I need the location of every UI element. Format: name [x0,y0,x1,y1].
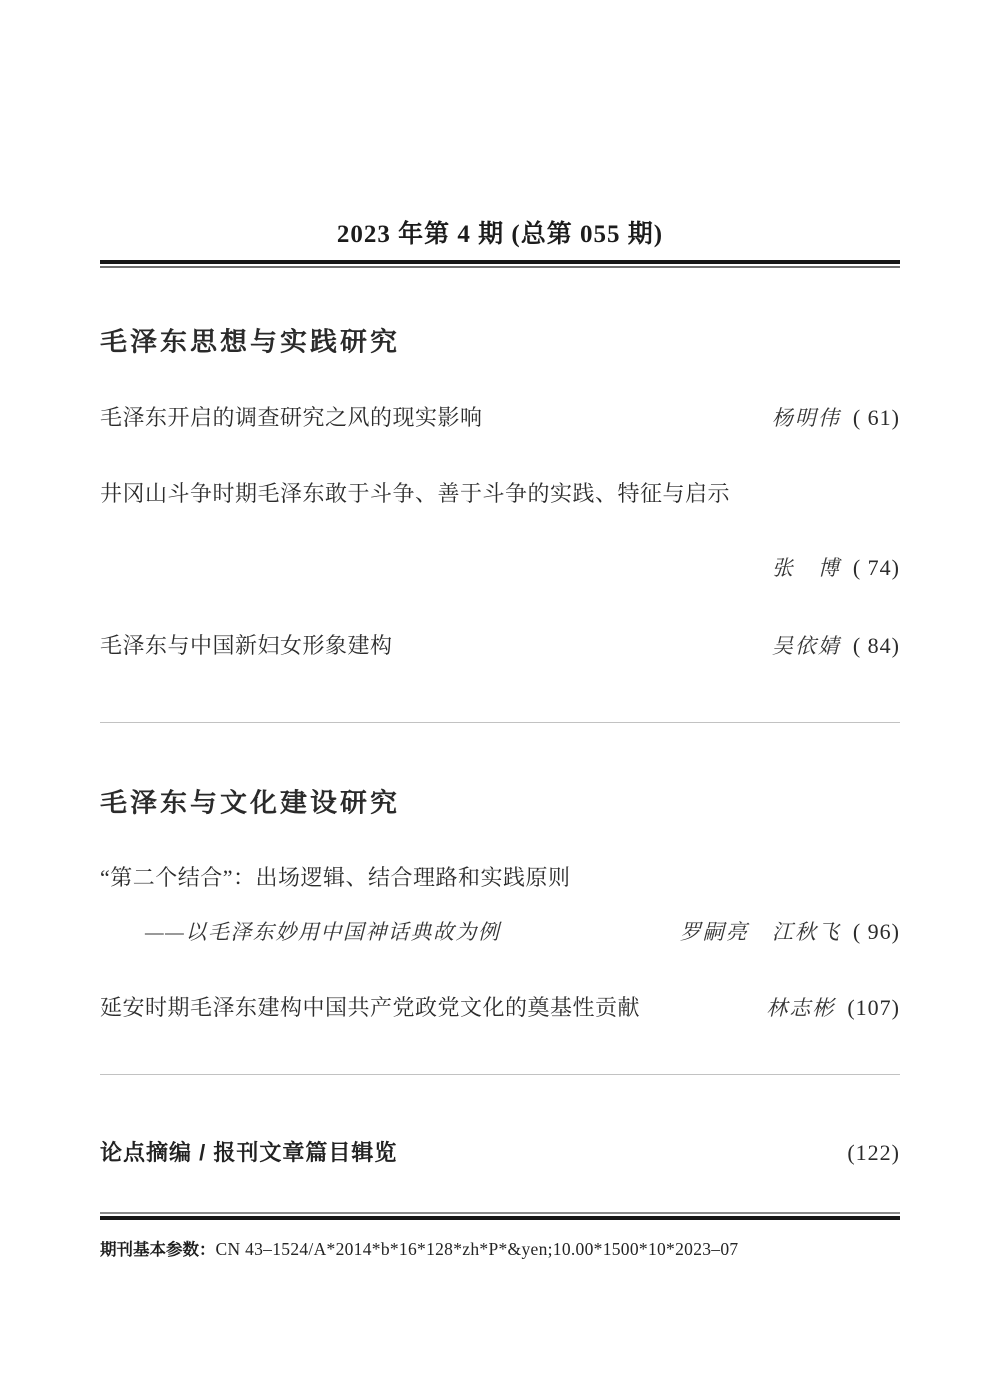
toc-entry-4-subtitle-line: ——以毛泽东妙用中国神话典故为例 罗嗣亮 江秋飞( 96) [100,916,900,946]
journal-parameters-line: 期刊基本参数：CN 43–1524/A*2014*b*16*128*zh*P*&… [100,1236,900,1260]
article-authors: 吴依婧 [772,634,841,658]
journal-parameters-value: CN 43–1524/A*2014*b*16*128*zh*P*&yen;10.… [216,1239,739,1259]
page-number: ( 74) [853,555,900,580]
page-number: (107) [847,995,900,1020]
article-title: “第二个结合”：出场逻辑、结合理路和实践原则 [100,861,571,892]
digest-title: 论点摘编 / 报刊文章篇目辑览 [100,1136,397,1167]
article-subtitle: ——以毛泽东妙用中国神话典故为例 [100,916,500,946]
page-number: ( 61) [853,405,900,430]
entry-right-group: 罗嗣亮 江秋飞( 96) [680,916,900,946]
toc-entry-4-title-line: “第二个结合”：出场逻辑、结合理路和实践原则 [100,861,900,892]
journal-parameters-label: 期刊基本参数： [100,1241,216,1259]
entry-right-group: 张 博( 74) [772,552,900,582]
toc-entry-5: 延安时期毛泽东建构中国共产党政党文化的奠基性贡献 林志彬(107) [100,991,900,1022]
entry-right-group: 吴依婧( 84) [772,630,900,660]
double-rule-bottom [100,1212,900,1220]
section-heading-thought-practice: 毛泽东思想与实践研究 [100,321,400,358]
entry-right-group: 杨明伟( 61) [772,402,900,432]
page-number: ( 96) [853,919,900,944]
issue-title: 2023 年第 4 期 (总第 055 期) [0,214,1000,250]
section-divider [100,722,900,723]
digest-row: 论点摘编 / 报刊文章篇目辑览 (122) [100,1136,900,1167]
double-rule-top [100,260,900,268]
article-title: 井冈山斗争时期毛泽东敢于斗争、善于斗争的实践、特征与启示 [100,477,730,508]
toc-entry-3: 毛泽东与中国新妇女形象建构 吴依婧( 84) [100,629,900,660]
article-title: 毛泽东开启的调查研究之风的现实影响 [100,401,483,432]
toc-entry-1: 毛泽东开启的调查研究之风的现实影响 杨明伟( 61) [100,401,900,432]
journal-toc-page: 2023 年第 4 期 (总第 055 期) 毛泽东思想与实践研究 毛泽东开启的… [0,0,1000,1400]
section-divider [100,1074,900,1075]
article-authors: 罗嗣亮 江秋飞 [680,920,841,944]
toc-entry-2-author-line: 张 博( 74) [100,552,900,582]
toc-entry-2-title-line: 井冈山斗争时期毛泽东敢于斗争、善于斗争的实践、特征与启示 [100,477,900,508]
article-title: 延安时期毛泽东建构中国共产党政党文化的奠基性贡献 [100,991,640,1022]
entry-right-group: 林志彬(107) [766,992,900,1022]
article-title: 毛泽东与中国新妇女形象建构 [100,629,393,660]
page-number: ( 84) [853,633,900,658]
article-authors: 杨明伟 [772,406,841,430]
section-heading-culture: 毛泽东与文化建设研究 [100,782,400,819]
article-authors: 林志彬 [766,996,835,1020]
article-authors: 张 博 [772,556,841,580]
page-number: (122) [847,1140,900,1166]
